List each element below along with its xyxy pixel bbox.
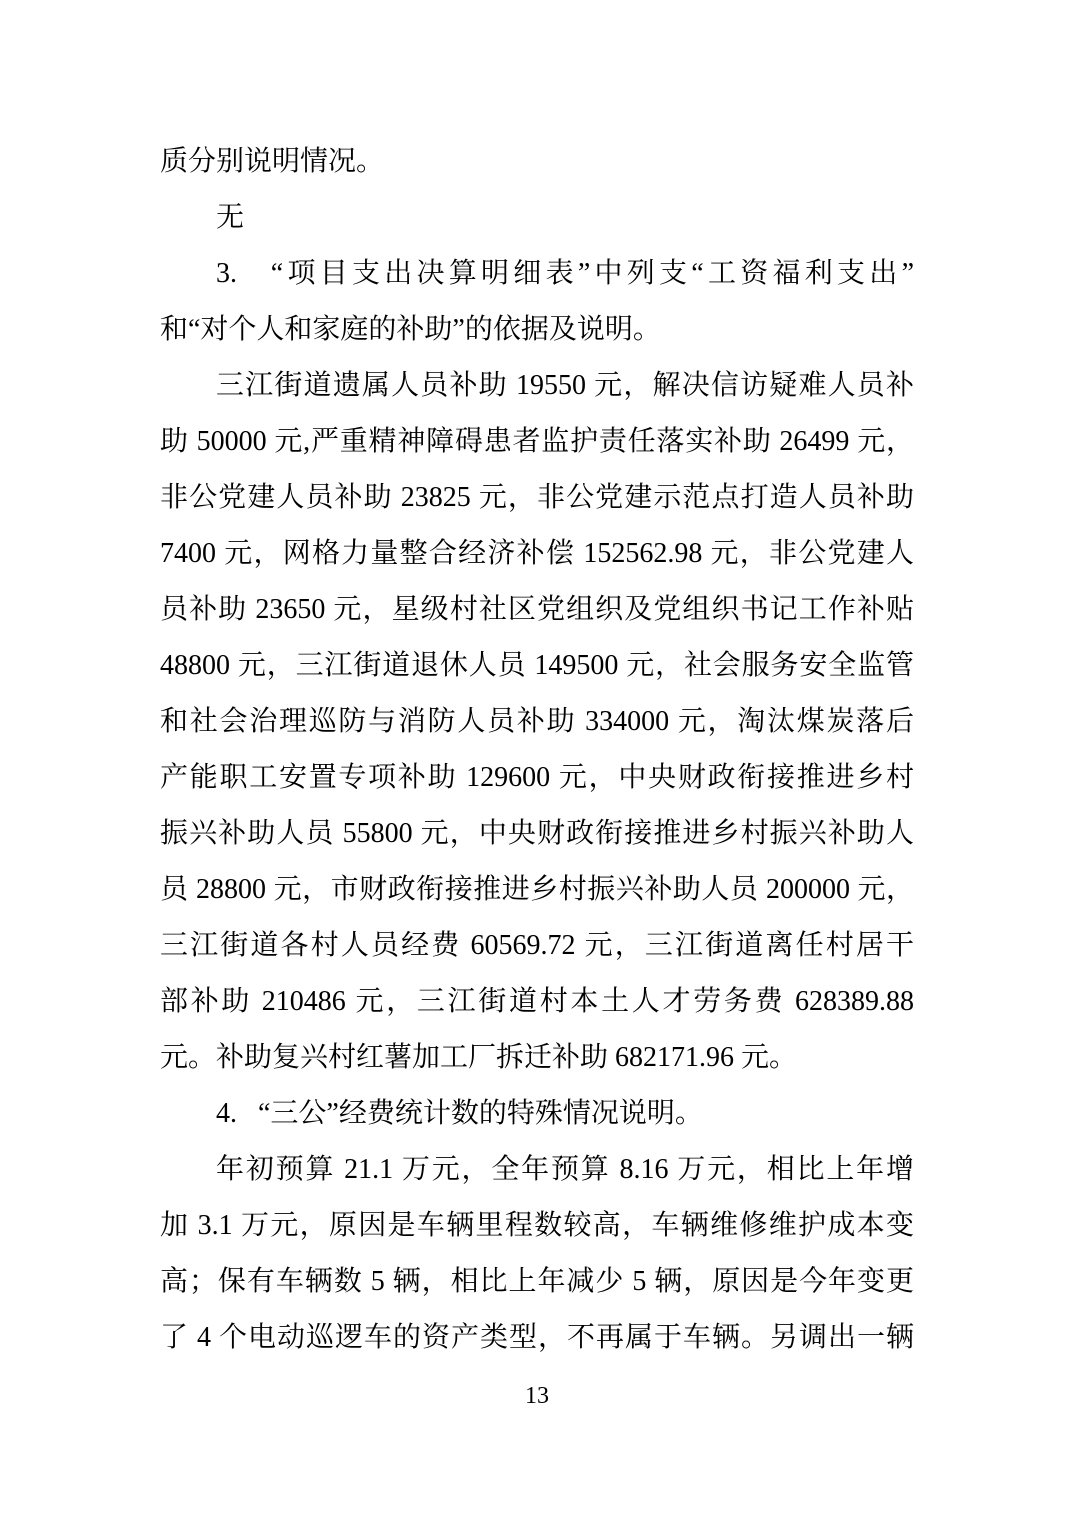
text-line: 非公党建人员补助 23825 元，非公党建示范点打造人员补助 bbox=[160, 470, 914, 526]
page-number: 13 bbox=[0, 1380, 1074, 1412]
text-line: 高；保有车辆数 5 辆，相比上年减少 5 辆，原因是今年变更 bbox=[160, 1254, 914, 1310]
text-line: 振兴补助人员 55800 元，中央财政衔接推进乡村振兴补助人 bbox=[160, 806, 914, 862]
text-line: 48800 元，三江街道退休人员 149500 元，社会服务安全监管 bbox=[160, 638, 914, 694]
text-line: 年初预算 21.1 万元，全年预算 8.16 万元，相比上年增 bbox=[160, 1142, 914, 1198]
text-line: 员补助 23650 元，星级村社区党组织及党组织书记工作补贴 bbox=[160, 582, 914, 638]
text-line: 三江街道各村人员经费 60569.72 元，三江街道离任村居干 bbox=[160, 918, 914, 974]
text-line: 4. “三公”经费统计数的特殊情况说明。 bbox=[160, 1086, 914, 1142]
text-line: 三江街道遗属人员补助 19550 元，解决信访疑难人员补 bbox=[160, 358, 914, 414]
text-line: 和“对个人和家庭的补助”的依据及说明。 bbox=[160, 302, 914, 358]
text-line: 元。补助复兴村红薯加工厂拆迁补助 682171.96 元。 bbox=[160, 1030, 914, 1086]
text-line: 7400 元，网格力量整合经济补偿 152562.98 元，非公党建人 bbox=[160, 526, 914, 582]
text-line: 产能职工安置专项补助 129600 元，中央财政衔接推进乡村 bbox=[160, 750, 914, 806]
document-body-text: 质分别说明情况。无3. “项目支出决算明细表”中列支“工资福利支出”和“对个人和… bbox=[160, 134, 914, 1366]
text-line: 无 bbox=[160, 190, 914, 246]
text-line: 质分别说明情况。 bbox=[160, 134, 914, 190]
text-line: 加 3.1 万元，原因是车辆里程数较高，车辆维修维护成本变 bbox=[160, 1198, 914, 1254]
text-line: 和社会治理巡防与消防人员补助 334000 元，淘汰煤炭落后 bbox=[160, 694, 914, 750]
text-line: 部补助 210486 元，三江街道村本土人才劳务费 628389.88 bbox=[160, 974, 914, 1030]
text-line: 了 4 个电动巡逻车的资产类型，不再属于车辆。另调出一辆 bbox=[160, 1310, 914, 1366]
text-line: 3. “项目支出决算明细表”中列支“工资福利支出” bbox=[160, 246, 914, 302]
text-line: 员 28800 元，市财政衔接推进乡村振兴补助人员 200000 元， bbox=[160, 862, 914, 918]
text-line: 助 50000 元,严重精神障碍患者监护责任落实补助 26499 元， bbox=[160, 414, 914, 470]
document-page: 质分别说明情况。无3. “项目支出决算明细表”中列支“工资福利支出”和“对个人和… bbox=[0, 0, 1074, 1520]
